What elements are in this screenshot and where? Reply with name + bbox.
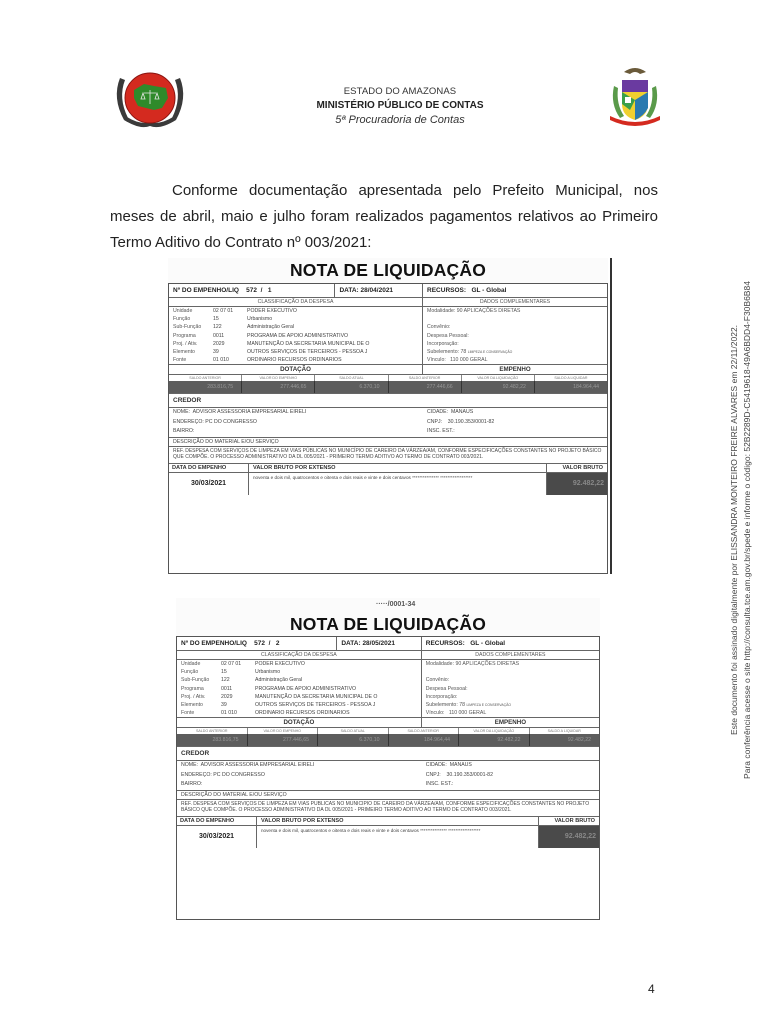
service-description: REF. DESPESA COM SERVIÇOS DE LIMPEZA EM … [169, 447, 607, 464]
nota-title: NOTA DE LIQUIDAÇÃO [176, 614, 600, 635]
service-description: REF. DESPESA COM SERVIÇOS DE LIMPEZA EM … [177, 800, 599, 817]
letterhead-state: ESTADO DO AMAZONAS [250, 85, 550, 99]
empenho-number: 572 [254, 640, 265, 647]
nota-liquidacao-2: ·····/0001-34 NOTA DE LIQUIDAÇÃO Nº DO E… [176, 598, 600, 920]
nota-header-row: Nº DO EMPENHO/LIQ 572 / 1 DATA: 28/04/20… [169, 284, 607, 298]
nota-header-row: Nº DO EMPENHO/LIQ 572 / 2 DATA: 28/05/20… [177, 637, 599, 651]
letterhead: ESTADO DO AMAZONAS MINISTÉRIO PÚBLICO DE… [250, 85, 550, 127]
empenho-number: 572 [246, 287, 257, 294]
nota-liquidacao-1: NOTA DE LIQUIDAÇÃO Nº DO EMPENHO/LIQ 572… [168, 258, 608, 574]
credor-cnpj: 30.190.353/0001-82 [447, 772, 493, 778]
credor-name: ADVISOR ASSESSORIA EMPRESARIAL EIRELI [201, 762, 315, 768]
scan-reference: ·····/0001-34 [376, 601, 415, 608]
values-row: 283.816,75 277.446,65 6.370,10 277.446,6… [169, 381, 607, 394]
recursos-value: GL - Global [471, 287, 506, 294]
classificacao-block: CLASSIFICAÇÃO DA DESPESA Unidade02 07 01… [169, 298, 607, 365]
liquidacao-number: 1 [268, 287, 272, 294]
body-paragraph: Conforme documentação apresentada pelo P… [110, 178, 658, 256]
valor-extenso: noventa e dois mil, quatrocentos e oiten… [249, 473, 547, 495]
credor-block: NOME: ADVISOR ASSESSORIA EMPRESARIAL EIR… [177, 761, 599, 791]
values-row: 283.816,75 277.446,65 6.370,10 184.964,4… [177, 734, 599, 747]
valor-extenso: noventa e dois mil, quatrocentos e oiten… [257, 826, 539, 848]
mpc-seal-logo [110, 64, 190, 132]
liquidacao-number: 2 [276, 640, 280, 647]
letterhead-office: 5ª Procuradoria de Contas [250, 113, 550, 127]
letterhead-ministry: MINISTÉRIO PÚBLICO DE CONTAS [250, 99, 550, 113]
valor-bruto: 92.482,22 [539, 826, 599, 848]
nota-date: 28/04/2021 [361, 287, 394, 294]
nota-title: NOTA DE LIQUIDAÇÃO [168, 260, 608, 281]
digital-signature-note: Este documento foi assinado digitalmente… [728, 210, 754, 850]
recursos-value: GL - Global [470, 640, 505, 647]
scan-edge [610, 258, 612, 574]
valor-bruto: 92.482,22 [547, 473, 607, 495]
credor-cnpj: 30.190.353/0001-82 [448, 419, 494, 425]
nota-form: Nº DO EMPENHO/LIQ 572 / 1 DATA: 28/04/20… [168, 283, 608, 574]
credor-name: ADVISOR ASSESSORIA EMPRESARIAL EIRELI [193, 409, 307, 415]
nota-form: Nº DO EMPENHO/LIQ 572 / 2 DATA: 28/05/20… [176, 636, 600, 920]
empenho-date: 30/03/2021 [177, 826, 257, 848]
empenho-date: 30/03/2021 [169, 473, 249, 495]
credor-block: NOME: ADVISOR ASSESSORIA EMPRESARIAL EIR… [169, 408, 607, 438]
classificacao-block: CLASSIFICAÇÃO DA DESPESA Unidade02 07 01… [177, 651, 599, 718]
page-number: 4 [648, 982, 655, 996]
nota-date: 28/05/2021 [362, 640, 395, 647]
amazonas-coat-of-arms-logo [606, 64, 664, 132]
